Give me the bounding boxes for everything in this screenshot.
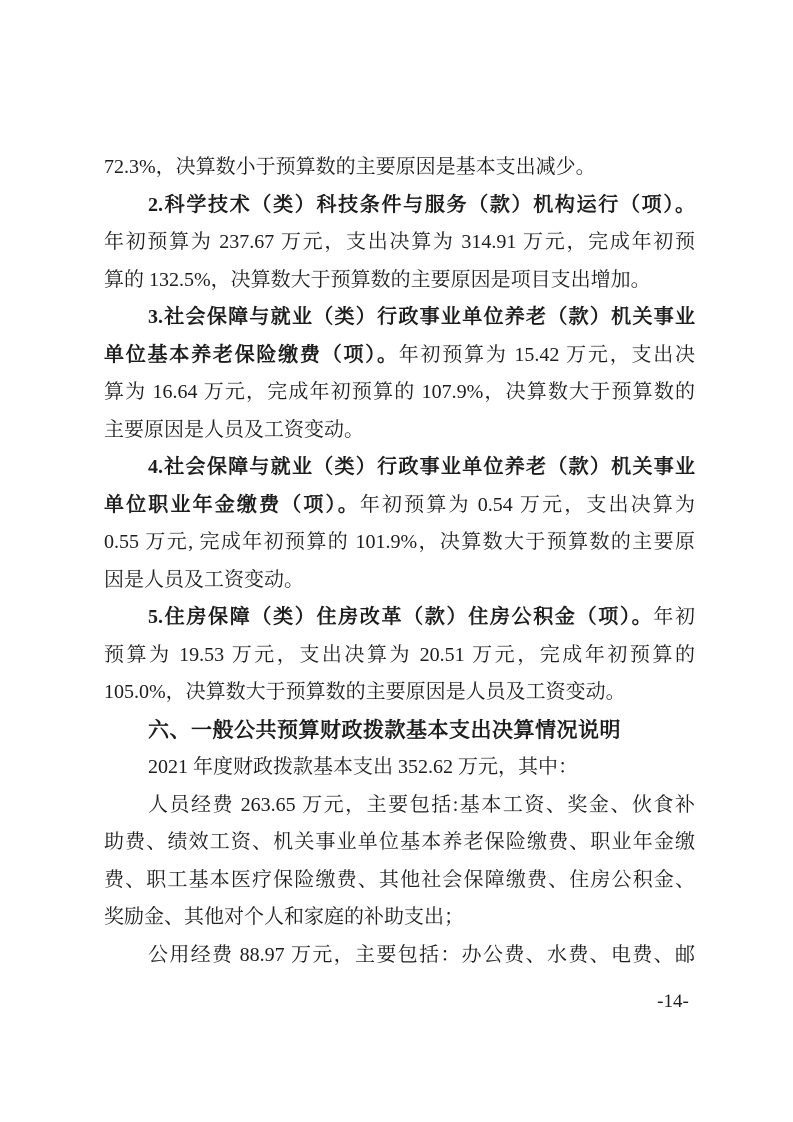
doc-line-section-6-heading: 六、一般公共预算财政拨款基本支出决算情况说明 (104, 712, 695, 750)
bold-run: 3.社会保障与就业（类）行政事业单位养老（款）机关事业 (148, 306, 695, 328)
doc-line: 2021 年度财政拨款基本支出 352.62 万元，其中： (104, 749, 695, 787)
text-run: 预算为 19.53 万元，支出决算为 20.51 万元，完成年初预算的 (104, 644, 695, 666)
bold-run: 单位职业年金缴费（项）。 (104, 494, 360, 516)
text-run: 72.3%，决算数小于预算数的主要原因是基本支出减少。 (104, 156, 596, 178)
doc-line-section-5-heading: 5.住房保障（类）住房改革（款）住房公积金（项）。年初 (104, 599, 695, 637)
text-run: 费、职工基本医疗保险缴费、其他社会保障缴费、住房公积金、 (104, 869, 695, 891)
text-run: 105.0%，决算数大于预算数的主要原因是人员及工资变动。 (104, 681, 626, 703)
text-run: 2021 年度财政拨款基本支出 352.62 万元，其中： (148, 756, 578, 778)
doc-line: 公用经费 88.97 万元，主要包括：办公费、水费、电费、邮 (104, 937, 695, 975)
doc-line: 费、职工基本医疗保险缴费、其他社会保障缴费、住房公积金、 (104, 862, 695, 900)
page-number: -14- (637, 989, 709, 1015)
text-block: 72.3%，决算数小于预算数的主要原因是基本支出减少。 2.科学技术（类）科技条… (104, 149, 695, 974)
doc-line: 72.3%，决算数小于预算数的主要原因是基本支出减少。 (104, 149, 695, 187)
doc-line: 单位职业年金缴费（项）。年初预算为 0.54 万元，支出决算为 (104, 487, 695, 525)
text-run: 算的 132.5%，决算数大于预算数的主要原因是项目支出增加。 (104, 269, 651, 291)
text-run: 助费、绩效工资、机关事业单位基本养老保险缴费、职业年金缴 (104, 831, 695, 853)
doc-line: 算的 132.5%，决算数大于预算数的主要原因是项目支出增加。 (104, 262, 695, 300)
text-run: 因是人员及工资变动。 (104, 569, 304, 591)
bold-run: 5.住房保障（类）住房改革（款）住房公积金（项）。 (148, 606, 653, 628)
bold-run: 单位基本养老保险缴费（项）。 (104, 344, 399, 366)
text-run: 年初预算为 0.54 万元，支出决算为 (360, 494, 695, 516)
document-page: 72.3%，决算数小于预算数的主要原因是基本支出减少。 2.科学技术（类）科技条… (0, 0, 793, 1122)
text-run: 奖励金、其他对个人和家庭的补助支出； (104, 906, 464, 928)
text-run: 0.55 万元, 完成年初预算的 101.9%，决算数大于预算数的主要原 (104, 531, 695, 553)
text-run: 公用经费 88.97 万元，主要包括：办公费、水费、电费、邮 (148, 944, 695, 966)
text-run: 主要原因是人员及工资变动。 (104, 419, 364, 441)
doc-line: 预算为 19.53 万元，支出决算为 20.51 万元，完成年初预算的 (104, 637, 695, 675)
doc-line: 助费、绩效工资、机关事业单位基本养老保险缴费、职业年金缴 (104, 824, 695, 862)
doc-line: 105.0%，决算数大于预算数的主要原因是人员及工资变动。 (104, 674, 695, 712)
text-run: 人员经费 263.65 万元，主要包括:基本工资、奖金、伙食补 (148, 794, 695, 816)
bold-run: 六、一般公共预算财政拨款基本支出决算情况说明 (148, 719, 621, 742)
text-run: 年初预算为 237.67 万元，支出决算为 314.91 万元，完成年初预 (104, 231, 695, 253)
bold-run: 4.社会保障与就业（类）行政事业单位养老（款）机关事业 (148, 456, 695, 478)
doc-line-section-2-heading: 2.科学技术（类）科技条件与服务（款）机构运行（项）。 (104, 187, 695, 225)
text-run: 算为 16.64 万元，完成年初预算的 107.9%，决算数大于预算数的 (104, 381, 695, 403)
doc-line: 奖励金、其他对个人和家庭的补助支出； (104, 899, 695, 937)
doc-line: 人员经费 263.65 万元，主要包括:基本工资、奖金、伙食补 (104, 787, 695, 825)
doc-line: 年初预算为 237.67 万元，支出决算为 314.91 万元，完成年初预 (104, 224, 695, 262)
doc-line: 单位基本养老保险缴费（项）。年初预算为 15.42 万元，支出决 (104, 337, 695, 375)
doc-line: 主要原因是人员及工资变动。 (104, 412, 695, 450)
doc-line: 0.55 万元, 完成年初预算的 101.9%，决算数大于预算数的主要原 (104, 524, 695, 562)
doc-line: 因是人员及工资变动。 (104, 562, 695, 600)
doc-line-section-3-heading: 3.社会保障与就业（类）行政事业单位养老（款）机关事业 (104, 299, 695, 337)
bold-run: 2.科学技术（类）科技条件与服务（款）机构运行（项）。 (148, 194, 695, 216)
text-run: 年初 (653, 606, 695, 628)
doc-line: 算为 16.64 万元，完成年初预算的 107.9%，决算数大于预算数的 (104, 374, 695, 412)
text-run: 年初预算为 15.42 万元，支出决 (399, 344, 695, 366)
doc-line-section-4-heading: 4.社会保障与就业（类）行政事业单位养老（款）机关事业 (104, 449, 695, 487)
